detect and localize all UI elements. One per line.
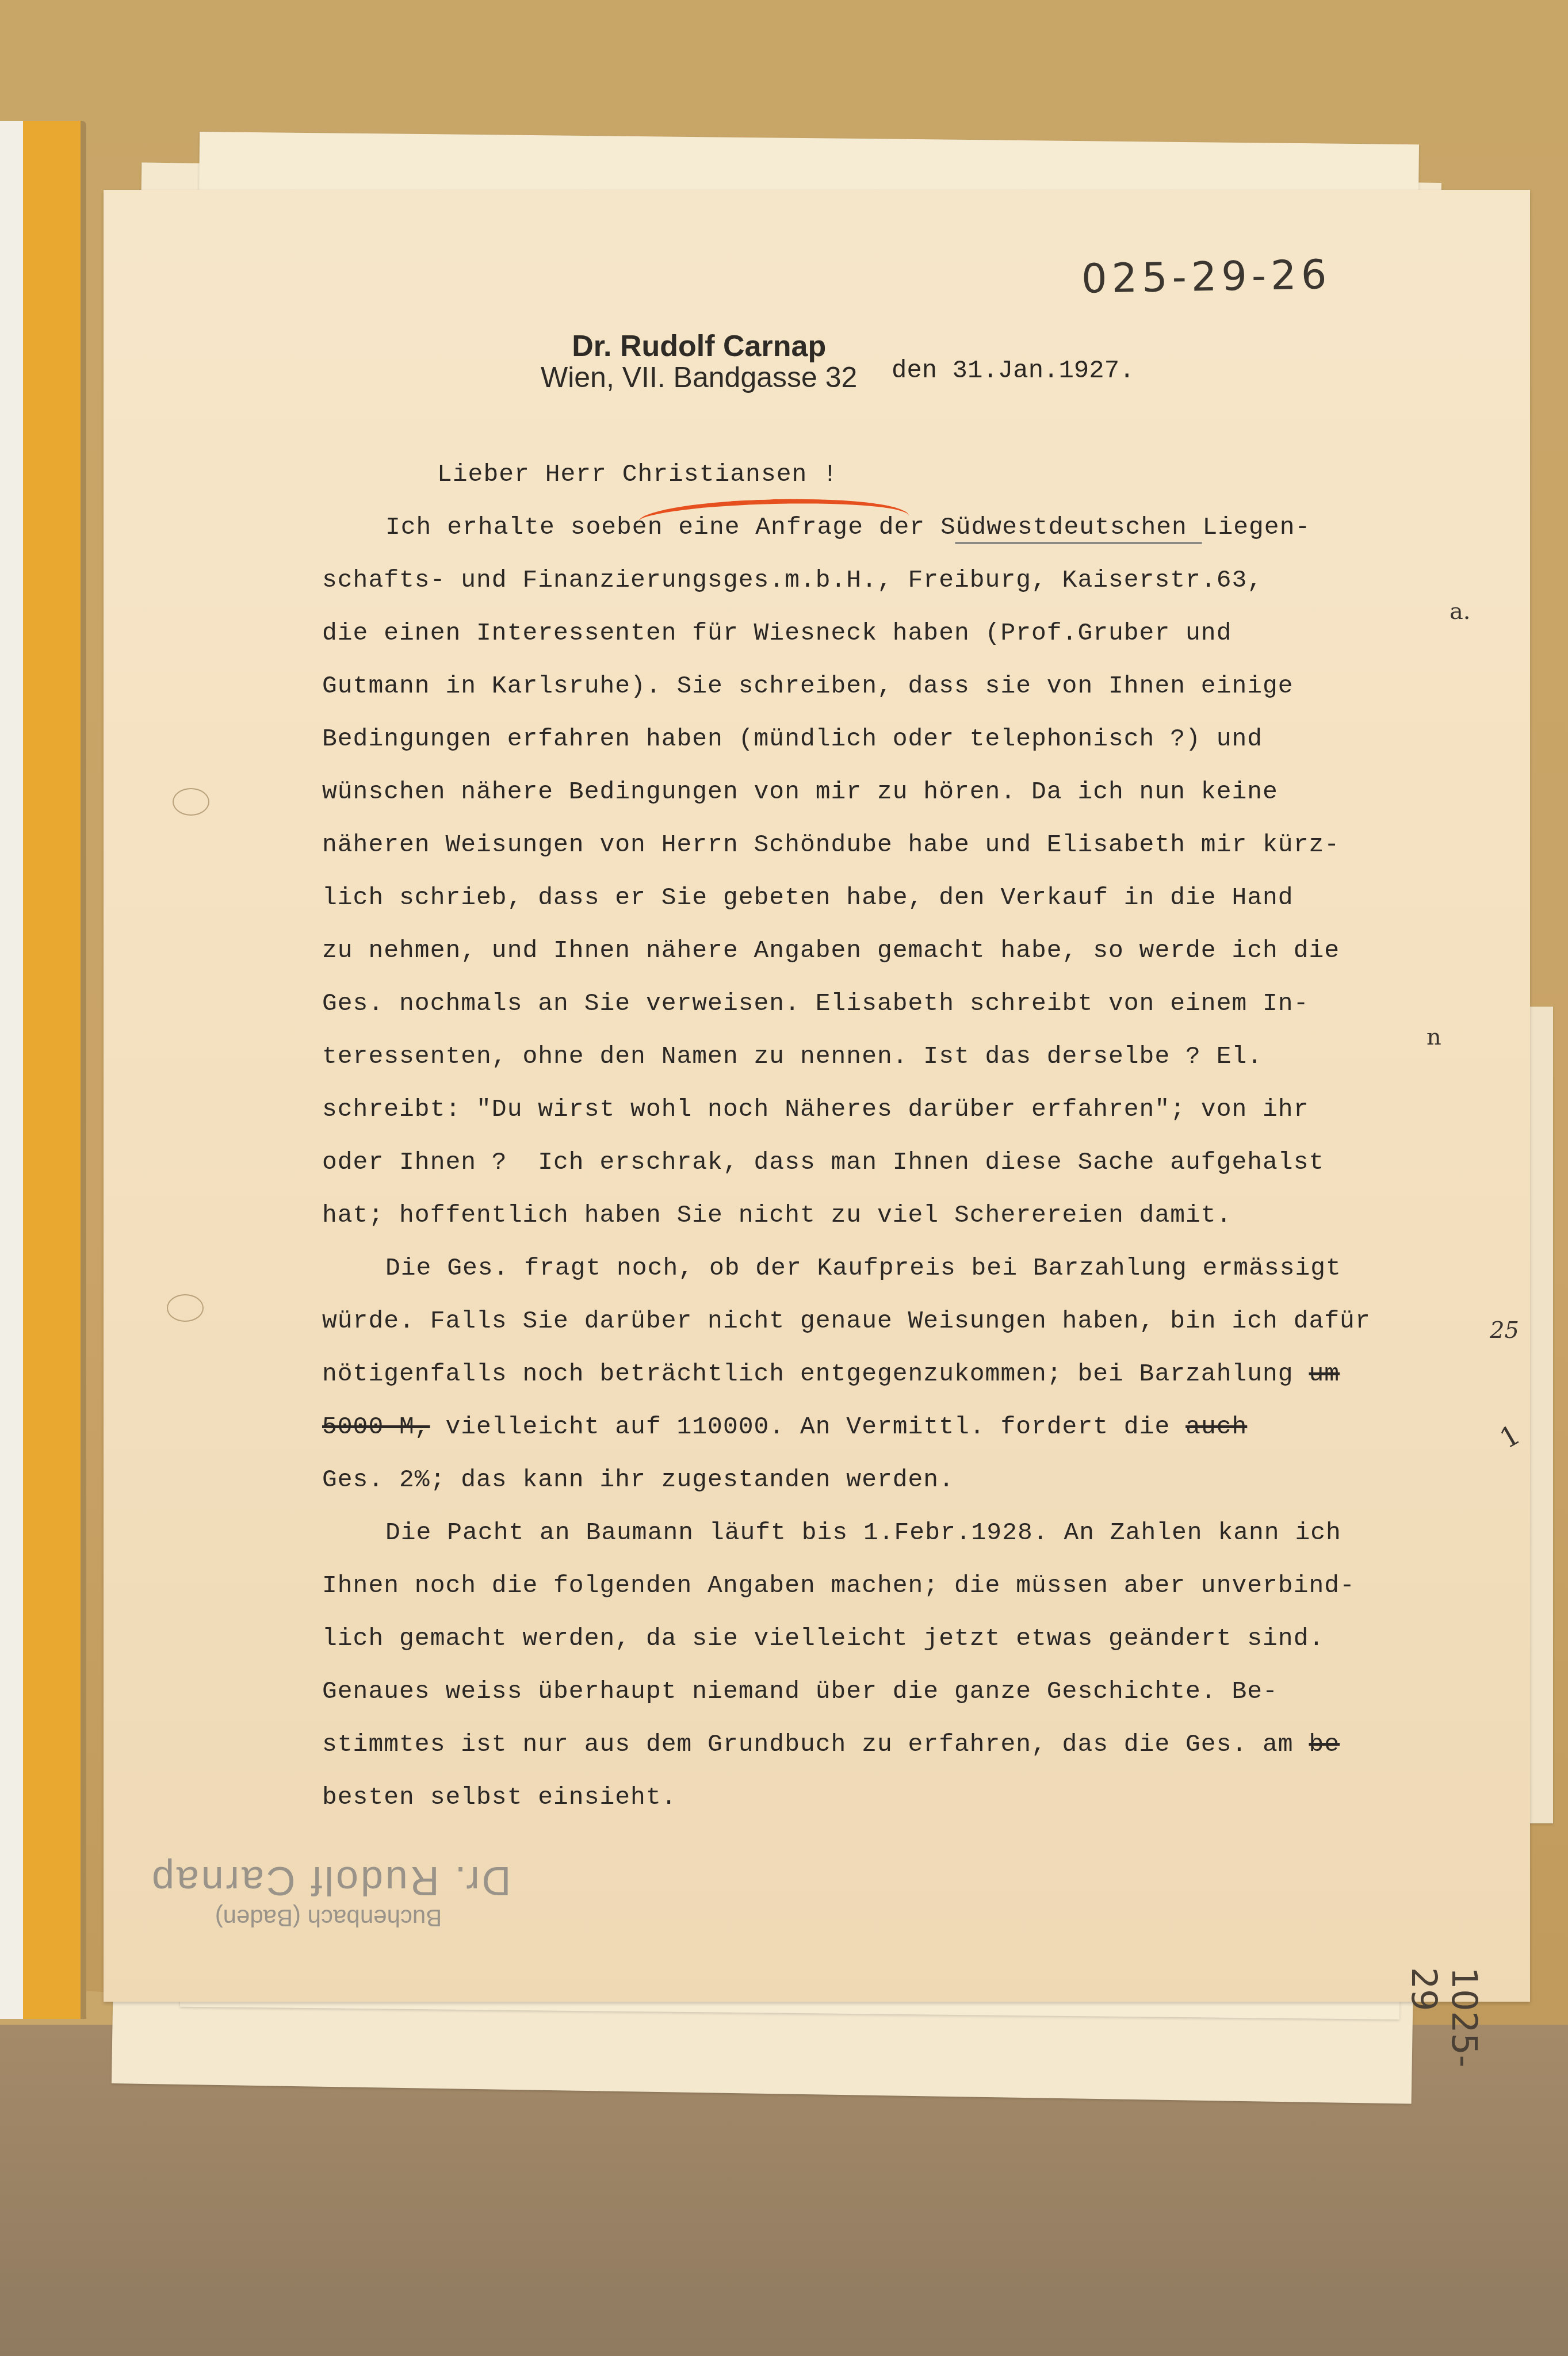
- text-line: Die Ges. fragt noch, ob der Kaufpreis be…: [322, 1254, 1415, 1307]
- struck-text: be: [1309, 1730, 1340, 1758]
- text-line: Ges. nochmals an Sie verweisen. Elisabet…: [322, 989, 1415, 1042]
- letterhead-name: Dr. Rudolf Carnap: [541, 331, 857, 362]
- punch-hole: [173, 788, 209, 816]
- punch-hole: [167, 1294, 204, 1322]
- text-line: Bedingungen erfahren haben (mündlich ode…: [322, 725, 1415, 778]
- stamp-name: Dr. Rudolf Carnap: [150, 1858, 511, 1904]
- margin-fragment: 25: [1490, 1317, 1519, 1344]
- text-line: 5000 M, vielleicht auf 110000. An Vermit…: [322, 1413, 1415, 1466]
- text-line: schafts- und Finanzierungsges.m.b.H., Fr…: [322, 566, 1415, 619]
- text-line: hat; hoffentlich haben Sie nicht zu viel…: [322, 1201, 1415, 1254]
- text-line: teressenten, ohne den Namen zu nennen. I…: [322, 1042, 1415, 1095]
- mirrored-letterhead-stamp: Buchenbach (Baden) Dr. Rudolf Carnap: [150, 1858, 511, 1932]
- side-archive-number: 1025-29: [1403, 1967, 1484, 2067]
- margin-fragment: n: [1427, 1024, 1441, 1050]
- stamp-place: Buchenbach (Baden): [150, 1904, 511, 1932]
- text-line: nötigenfalls noch beträchtlich entgegenz…: [322, 1360, 1415, 1413]
- text-line: oder Ihnen ? Ich erschrak, dass man Ihne…: [322, 1148, 1415, 1201]
- text-line: Ich erhalte soeben eine Anfrage der Südw…: [322, 513, 1415, 566]
- text-line: wünschen nähere Bedingungen von mir zu h…: [322, 778, 1415, 831]
- text-line: Ges. 2%; das kann ihr zugestanden werden…: [322, 1466, 1415, 1519]
- paragraph-2: Die Ges. fragt noch, ob der Kaufpreis be…: [322, 1254, 1415, 1519]
- text-line: Ihnen noch die folgenden Angaben machen;…: [322, 1571, 1415, 1624]
- text-line: Die Pacht an Baumann läuft bis 1.Febr.19…: [322, 1519, 1415, 1571]
- letterhead-address: Wien, VII. Bandgasse 32: [541, 362, 857, 393]
- text-span: stimmtes ist nur aus dem Grundbuch zu er…: [322, 1730, 1294, 1758]
- text-span: vielleicht auf 110000. An Vermittl. ford…: [445, 1413, 1170, 1441]
- text-span: nötigenfalls noch beträchtlich entgegenz…: [322, 1360, 1294, 1388]
- text-line: Genaues weiss überhaupt niemand über die…: [322, 1677, 1415, 1730]
- text-line: würde. Falls Sie darüber nicht genaue We…: [322, 1307, 1415, 1360]
- text-line: Gutmann in Karlsruhe). Sie schreiben, da…: [322, 672, 1415, 725]
- text-line: lich gemacht werden, da sie vielleicht j…: [322, 1624, 1415, 1677]
- archive-folder-edge: [0, 121, 86, 2019]
- margin-fragment: a.: [1450, 598, 1471, 625]
- letter-body: Lieber Herr Christiansen ! Ich erhalte s…: [322, 460, 1415, 1836]
- text-line: schreibt: "Du wirst wohl noch Näheres da…: [322, 1095, 1415, 1148]
- struck-text: auch: [1185, 1413, 1247, 1441]
- text-line: zu nehmen, und Ihnen nähere Angaben gema…: [322, 936, 1415, 989]
- letterhead: Dr. Rudolf Carnap Wien, VII. Bandgasse 3…: [541, 331, 857, 392]
- text-line: näheren Weisungen von Herrn Schöndube ha…: [322, 831, 1415, 883]
- archive-number: 025-29-26: [1081, 251, 1332, 303]
- text-line: stimmtes ist nur aus dem Grundbuch zu er…: [322, 1730, 1415, 1783]
- struck-text: um: [1309, 1360, 1340, 1388]
- letter-date: den 31.Jan.1927.: [892, 357, 1134, 385]
- text-line: die einen Interessenten für Wiesneck hab…: [322, 619, 1415, 672]
- paragraph-3: Die Pacht an Baumann läuft bis 1.Febr.19…: [322, 1519, 1415, 1836]
- text-line: besten selbst einsieht.: [322, 1783, 1415, 1836]
- text-line: lich schrieb, dass er Sie gebeten habe, …: [322, 883, 1415, 936]
- struck-text: 5000 M,: [322, 1413, 430, 1441]
- salutation: Lieber Herr Christiansen !: [322, 460, 1415, 513]
- paragraph-1: Ich erhalte soeben eine Anfrage der Südw…: [322, 513, 1415, 1254]
